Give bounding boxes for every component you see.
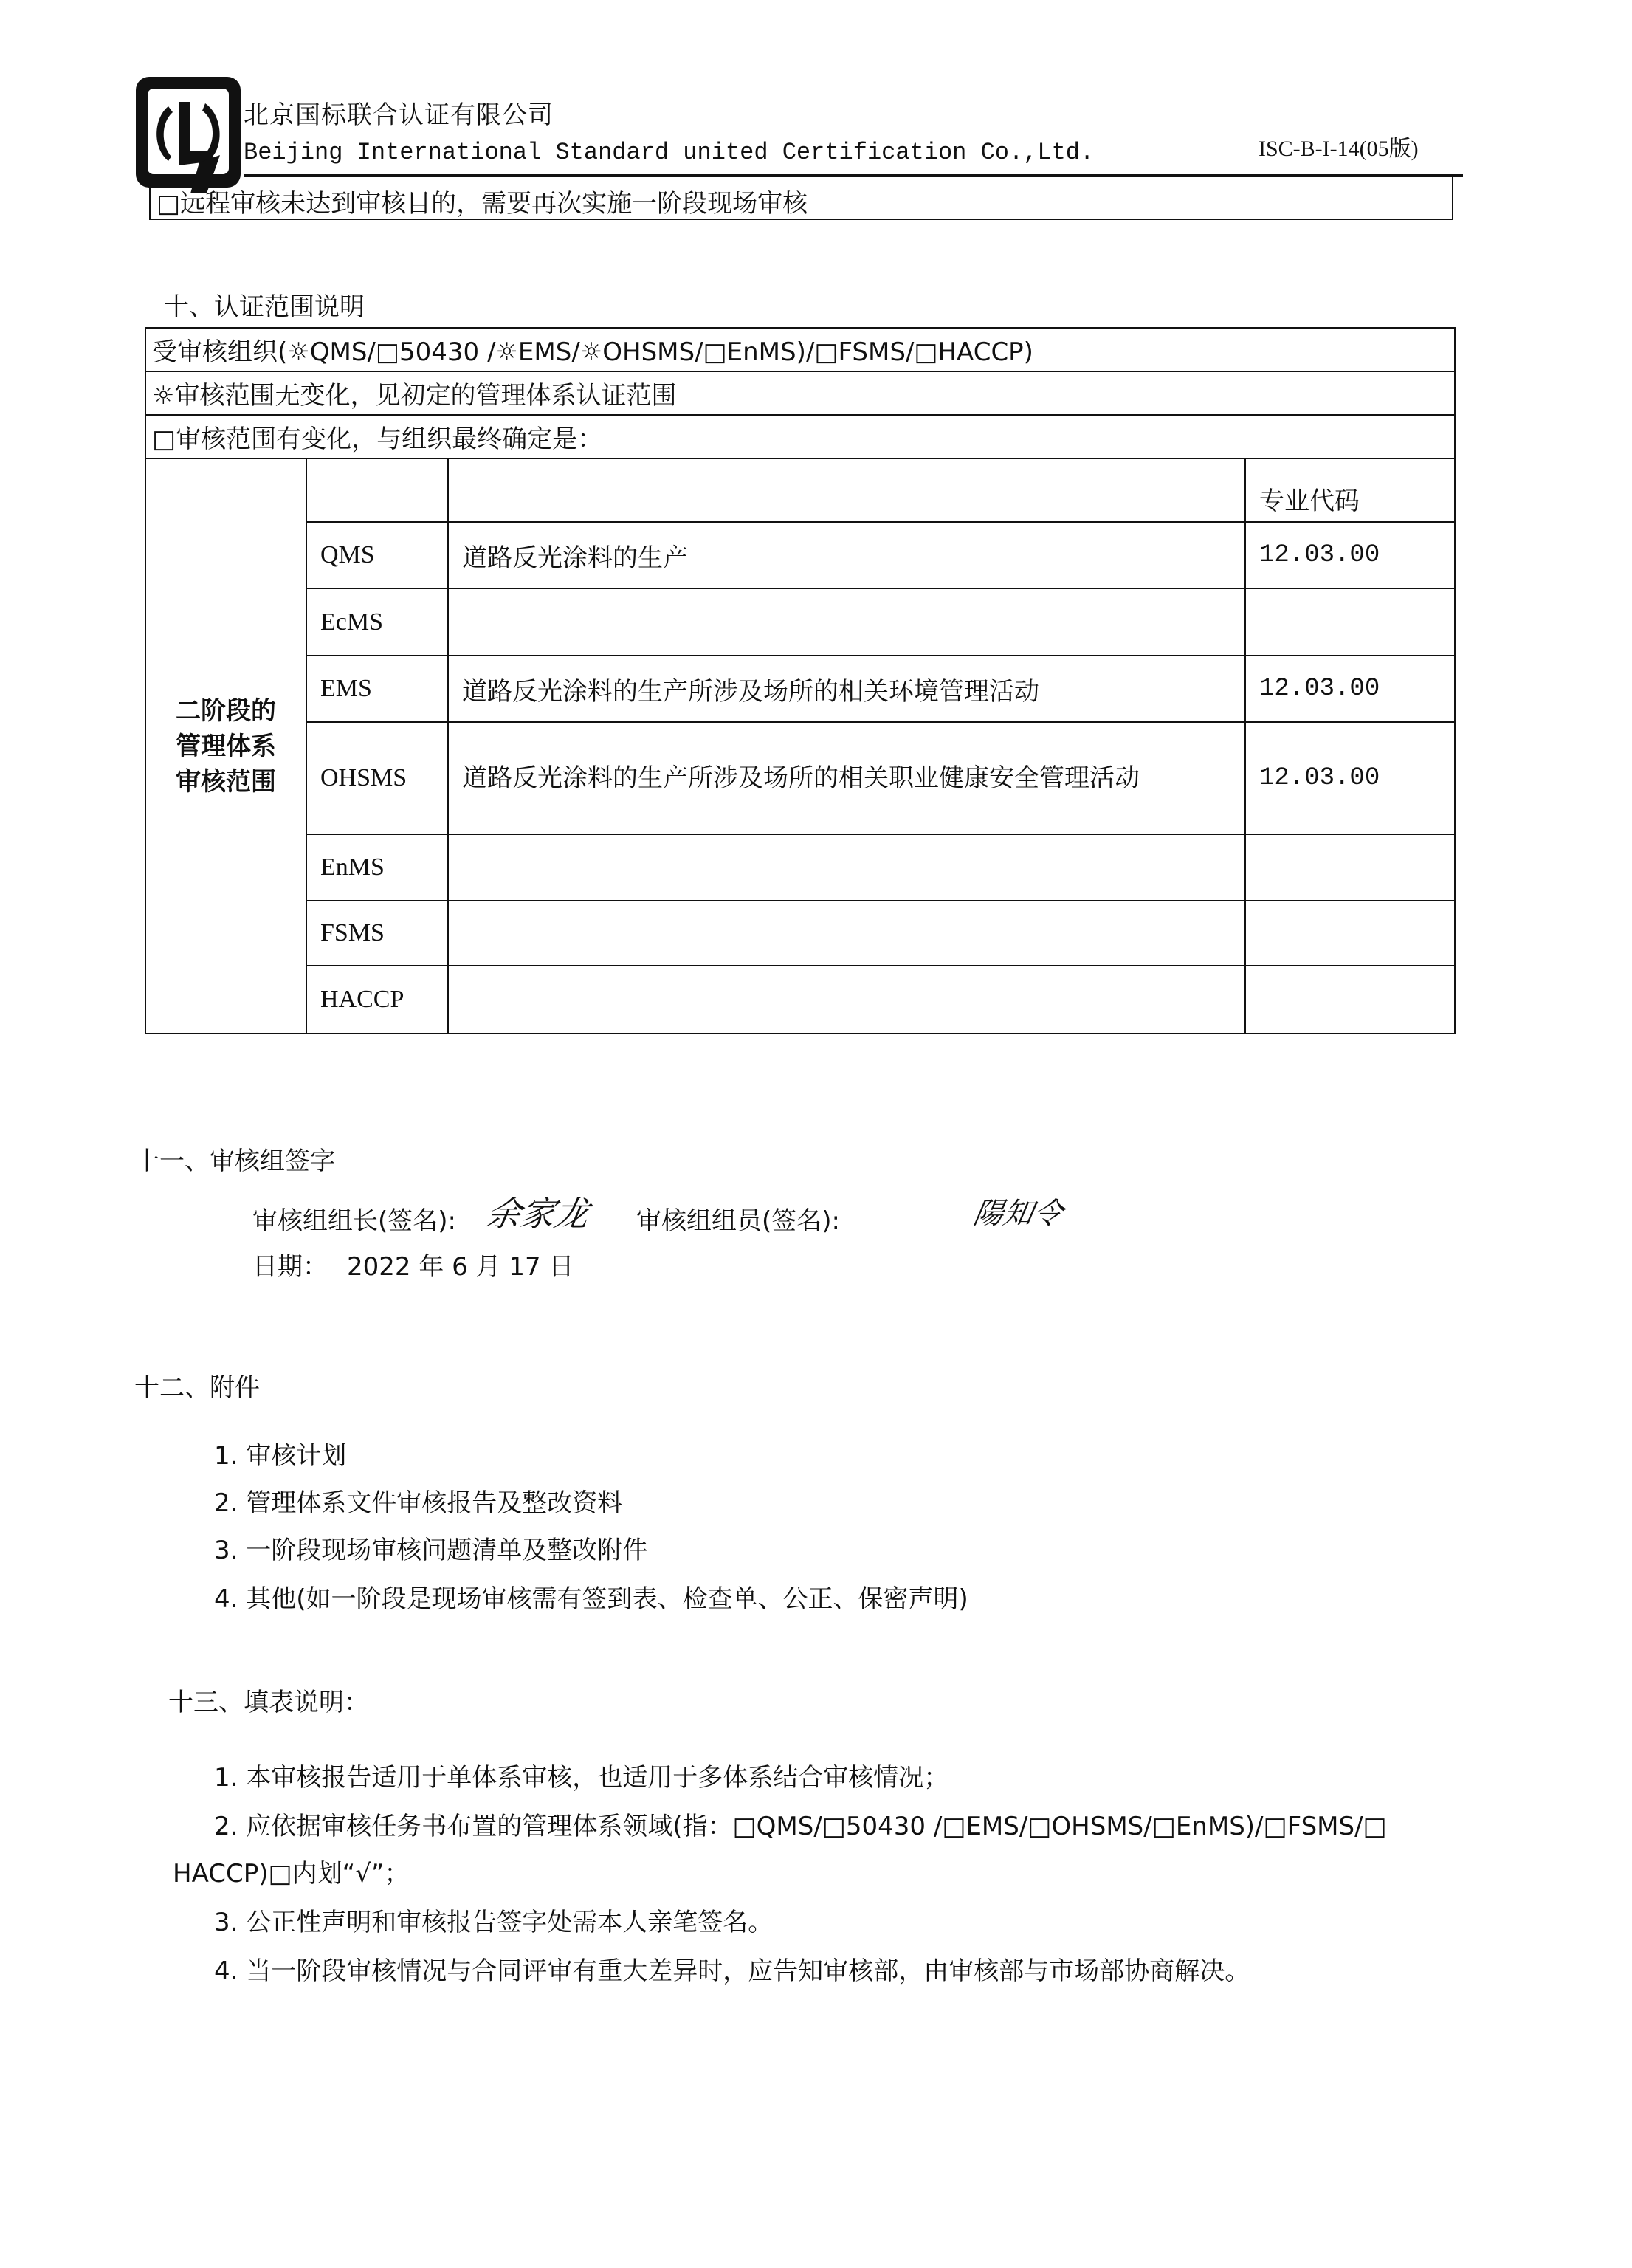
scope-unchanged-option: ☼审核范围无变化，见初定的管理体系认证范围 [145,371,1455,415]
table-row: FSMS [145,901,1455,966]
table-row: 受审核组织(☼QMS/□50430 /☼EMS/☼OHSMS/□EnMS)/□F… [145,328,1455,371]
member-signature-label: 审核组组员(签名): [636,1200,840,1237]
system-cell: QMS [306,522,448,588]
company-name-en: Beijing International Standard united Ce… [244,139,1094,166]
scope-cell [448,834,1245,901]
remote-audit-checkbox-text: □远程审核未达到审核目的，需要再次实施一阶段现场审核 [156,183,808,219]
attachment-item: 1. 审核计划 [214,1435,346,1471]
table-row: EMS 道路反光涂料的生产所涉及场所的相关环境管理活动 12.03.00 [145,656,1455,722]
section-12-title: 十二、附件 [134,1367,260,1403]
system-cell: FSMS [306,901,448,966]
attachment-item: 3. 一阶段现场审核问题清单及整改附件 [214,1530,647,1566]
attachment-item: 2. 管理体系文件审核报告及整改资料 [214,1482,622,1519]
scope-cell [448,901,1245,966]
leader-signature-label: 审核组组长(签名): [252,1200,456,1237]
table-header-row: 二阶段的 管理体系 审核范围 专业代码 [145,458,1455,522]
date-value: 2022 年 6 月 17 日 [347,1246,574,1282]
system-cell: OHSMS [306,722,448,834]
section-11-title: 十一、审核组签字 [134,1141,335,1177]
scope-cell [448,966,1245,1034]
scope-cell [448,588,1245,656]
table-row: ☼审核范围无变化，见初定的管理体系认证范围 [145,371,1455,415]
instruction-item: 1. 本审核报告适用于单体系审核，也适用于多体系结合审核情况； [214,1757,948,1793]
code-cell [1245,966,1455,1034]
system-header-cell [306,458,448,522]
stage-scope-label: 二阶段的 管理体系 审核范围 [145,458,306,1034]
leader-signature: 余家龙 [483,1187,593,1236]
code-cell [1245,901,1455,966]
code-cell: 12.03.00 [1245,522,1455,588]
section-13-title: 十三、填表说明： [168,1682,369,1718]
code-cell: 12.03.00 [1245,722,1455,834]
attachment-item: 4. 其他(如一阶段是现场审核需有签到表、检查单、公正、保密声明) [214,1578,968,1615]
code-cell [1245,588,1455,656]
system-cell: EnMS [306,834,448,901]
system-cell: EMS [306,656,448,722]
scope-cell: 道路反光涂料的生产所涉及场所的相关职业健康安全管理活动 [448,722,1245,834]
document-code: ISC-B-I-14(05版) [1259,130,1419,162]
member-signature: 陽知令 [971,1190,1067,1232]
table-row: EnMS [145,834,1455,901]
instruction-item-continuation: HACCP)□内划“√”； [173,1853,410,1889]
scope-cell: 道路反光涂料的生产 [448,522,1245,588]
company-name-cn: 北京国标联合认证有限公司 [244,94,554,131]
scope-changed-option: □审核范围有变化，与组织最终确定是： [145,415,1455,458]
instruction-item: 2. 应依据审核任务书布置的管理体系领域(指：□QMS/□50430 /□EMS… [214,1806,1387,1842]
system-cell: EcMS [306,588,448,656]
remote-audit-box: □远程审核未达到审核目的，需要再次实施一阶段现场审核 [149,177,1453,220]
table-row: EcMS [145,588,1455,656]
scope-header-cell [448,458,1245,522]
table-row: OHSMS 道路反光涂料的生产所涉及场所的相关职业健康安全管理活动 12.03.… [145,722,1455,834]
instruction-item: 3. 公正性声明和审核报告签字处需本人亲笔签名。 [214,1902,773,1938]
code-cell [1245,834,1455,901]
audited-org-systems: 受审核组织(☼QMS/□50430 /☼EMS/☼OHSMS/□EnMS)/□F… [145,328,1455,371]
table-row: HACCP [145,966,1455,1034]
instruction-item: 4. 当一阶段审核情况与合同评审有重大差异时，应告知审核部，由审核部与市场部协商… [214,1951,1250,1987]
system-cell: HACCP [306,966,448,1034]
table-row: □审核范围有变化，与组织最终确定是： [145,415,1455,458]
code-cell: 12.03.00 [1245,656,1455,722]
date-label: 日期： [252,1246,328,1282]
table-row: QMS 道路反光涂料的生产 12.03.00 [145,522,1455,588]
certification-scope-table: 受审核组织(☼QMS/□50430 /☼EMS/☼OHSMS/□EnMS)/□F… [145,327,1456,1034]
code-header-cell: 专业代码 [1245,458,1455,522]
section-10-title: 十、认证范围说明 [164,286,365,323]
scope-cell: 道路反光涂料的生产所涉及场所的相关环境管理活动 [448,656,1245,722]
